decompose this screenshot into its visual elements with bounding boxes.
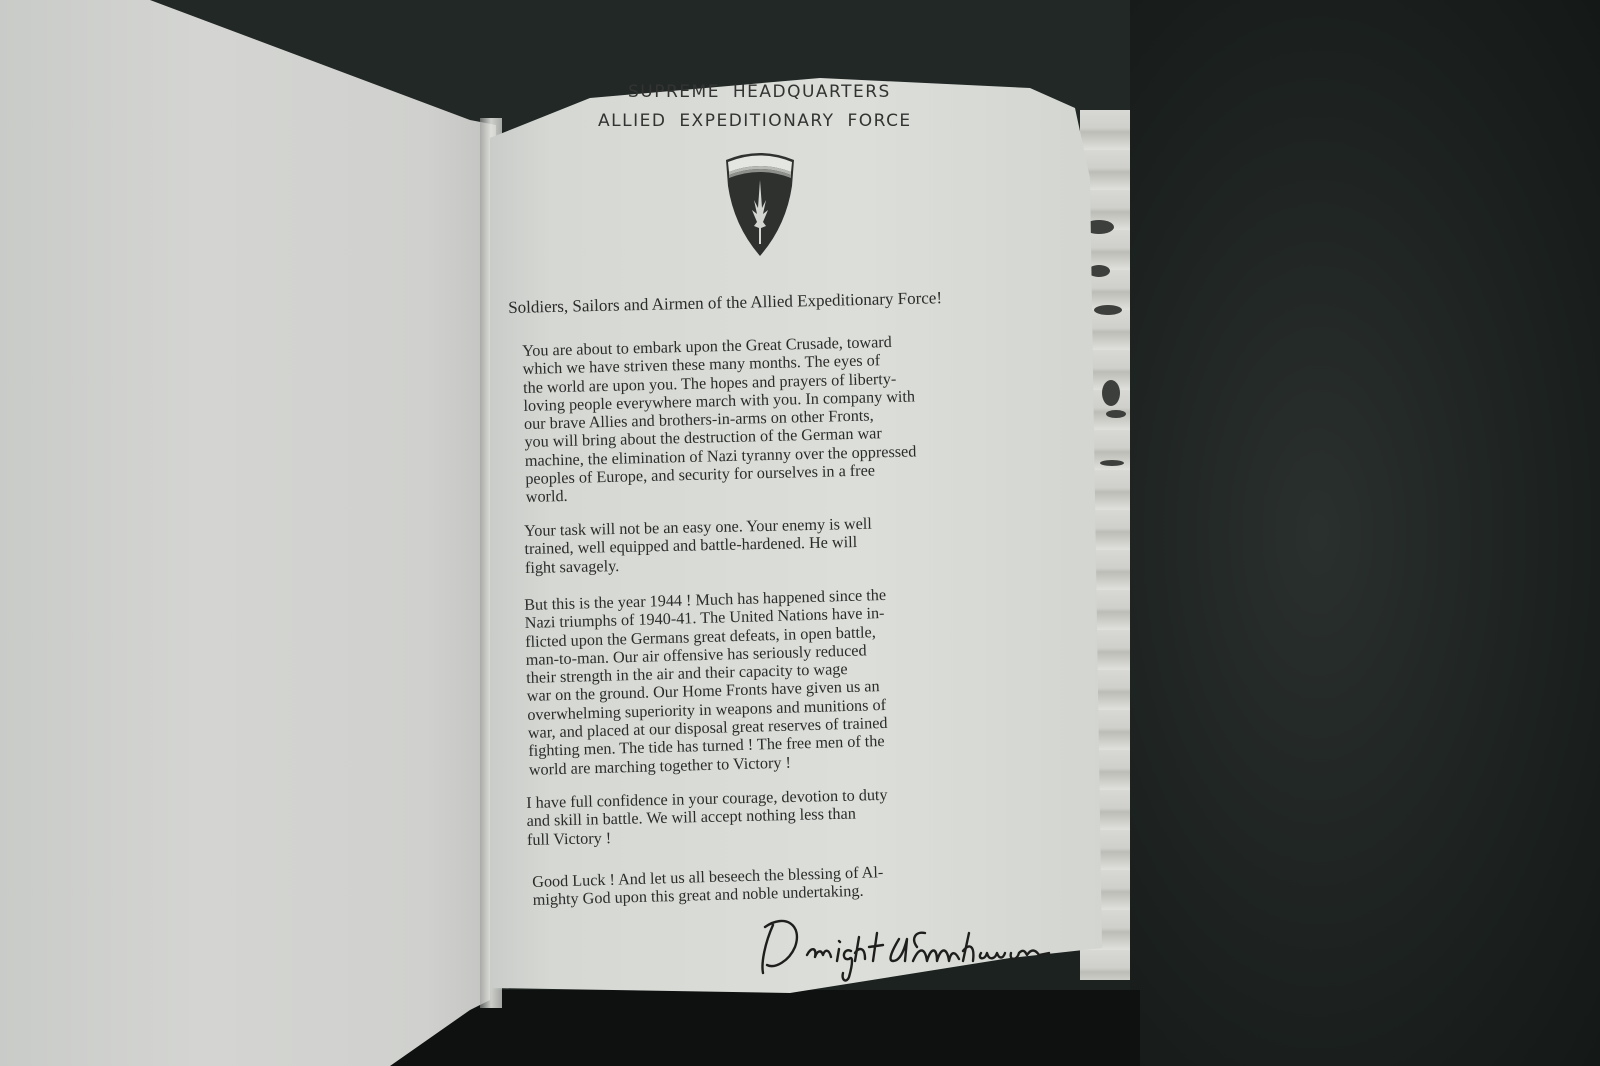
blank-left-page [0, 0, 500, 1066]
salutation: Soldiers, Sailors and Airmen of the Alli… [508, 288, 942, 318]
eisenhower-signature [755, 903, 1055, 983]
paragraph-1: You are about to embark upon the Great C… [522, 330, 1006, 506]
dark-fabric-background [1130, 0, 1600, 1066]
shaef-insignia-icon [722, 148, 798, 258]
d-day-message: SUPREME HEADQUARTERS ALLIED EXPEDITIONAR… [490, 78, 1105, 998]
paragraph-4: I have full confidence in your courage, … [526, 783, 1007, 849]
paragraph-2: Your task will not be an easy one. Your … [524, 512, 995, 577]
paragraph-3: But this is the year 1944 ! Much has hap… [524, 583, 1009, 779]
header-line-2: ALLIED EXPEDITIONARY FORCE [598, 111, 912, 131]
header-line-1: SUPREME HEADQUARTERS [628, 82, 891, 102]
